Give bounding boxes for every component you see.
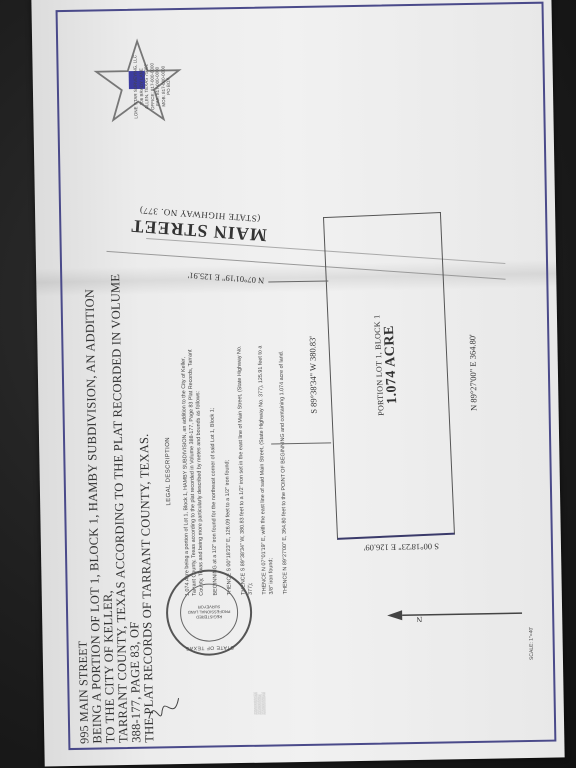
adjoining-line bbox=[268, 280, 328, 282]
north-arrow-icon: N bbox=[382, 606, 522, 622]
legal-paragraph: BEGINNING at a 1/2" iron found for the n… bbox=[208, 345, 219, 595]
legal-description: LEGAL DESCRIPTION 1.074 Acre being a por… bbox=[163, 344, 296, 596]
adjoining-line bbox=[271, 442, 331, 444]
bearing-east: S 00°18'23" E 126.09' bbox=[364, 542, 439, 553]
bearing-south: S 89°38'34" W 380.83' bbox=[307, 336, 318, 414]
lot-area: 1.074 ACRE bbox=[381, 314, 401, 416]
legal-paragraph: THENCE N 89°27'00" E, 364.80 feet to the… bbox=[278, 344, 289, 594]
certification-text: ░░░░░░░░░░ ░░░░░░░░░ ░░░░░░░░░░ bbox=[253, 655, 266, 715]
legal-paragraph: THENCE S 89°38'34" W, 380.83 feet to a 1… bbox=[236, 345, 254, 595]
lot-label: PORTION LOT 1, BLOCK 1 1.074 ACRE bbox=[372, 314, 401, 416]
signature-icon bbox=[143, 688, 184, 729]
legal-paragraph: 1.074 Acre being a portion of Lot 1, Blo… bbox=[180, 346, 205, 596]
legal-paragraph: THENCE N 07°01'19" E, with the east line… bbox=[257, 344, 275, 594]
survey-sheet: 995 MAIN STREET BEING A PORTION OF LOT 1… bbox=[56, 2, 557, 750]
title-block: 995 MAIN STREET BEING A PORTION OF LOT 1… bbox=[70, 273, 156, 744]
scale-label: SCALE: 1"=40' bbox=[528, 627, 535, 660]
bearing-north: N 89°27'00" E 364.80' bbox=[467, 334, 478, 411]
seal-inner-text: REGISTERED PROFESSIONAL LAND SURVEYOR bbox=[181, 605, 237, 621]
bearing-west: N 07°01'19" E 125.91' bbox=[187, 271, 264, 286]
right-of-way-line bbox=[106, 251, 505, 280]
survey-paper: 995 MAIN STREET BEING A PORTION OF LOT 1… bbox=[31, 0, 564, 766]
seal-inner: REGISTERED PROFESSIONAL LAND SURVEYOR bbox=[180, 583, 239, 642]
legal-description-header: LEGAL DESCRIPTION bbox=[163, 346, 174, 596]
legal-paragraph: THENCE S 00°18'23" E, 126.09 feet to a 1… bbox=[222, 345, 233, 595]
company-info: LONE STAR SURVEYING, LLC 106 BRADY LANE … bbox=[132, 26, 173, 147]
street-label: MAIN STREET (STATE HIGHWAY NO. 377) bbox=[130, 205, 268, 245]
surveyor-seal: STATE OF TEXAS REGISTERED PROFESSIONAL L… bbox=[165, 569, 252, 656]
lot-boundary: PORTION LOT 1, BLOCK 1 1.074 ACRE bbox=[323, 212, 455, 540]
seal-outer-text: STATE OF TEXAS bbox=[169, 644, 251, 651]
svg-text:N: N bbox=[416, 615, 422, 623]
